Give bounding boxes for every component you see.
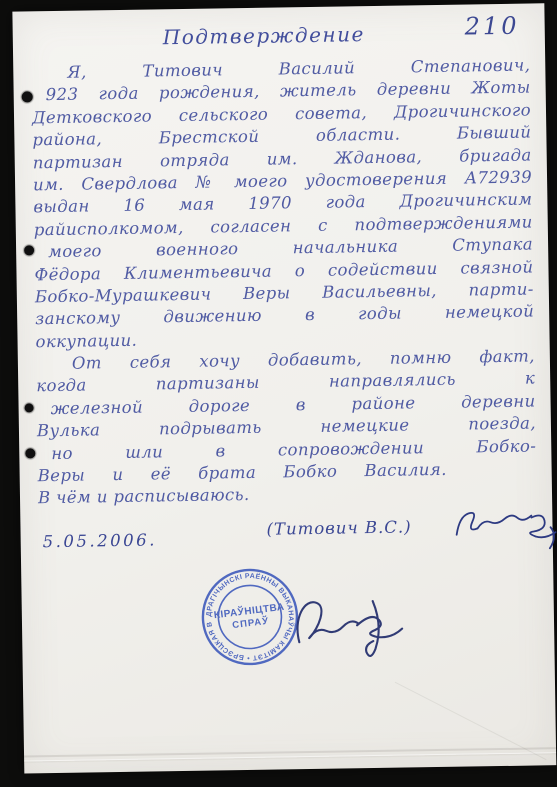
page-number: 210 bbox=[464, 11, 534, 40]
hole-punch-mark bbox=[24, 245, 34, 255]
document-title: Подтверждение bbox=[163, 22, 363, 49]
document-body: Я, Титович Василий Степанович, 923 года … bbox=[31, 56, 537, 512]
official-signature bbox=[276, 569, 407, 666]
signature-caption: (Титович В.С.) bbox=[266, 517, 411, 538]
document-page: Подтверждение 210 Я, Титович Василий Сте… bbox=[12, 3, 556, 773]
author-signature bbox=[446, 497, 557, 553]
hole-punch-mark bbox=[25, 448, 35, 458]
scanned-document: Подтверждение 210 Я, Титович Василий Сте… bbox=[0, 0, 557, 787]
document-date: 5.05.2006. bbox=[43, 530, 158, 551]
hole-punch-mark bbox=[25, 403, 34, 412]
